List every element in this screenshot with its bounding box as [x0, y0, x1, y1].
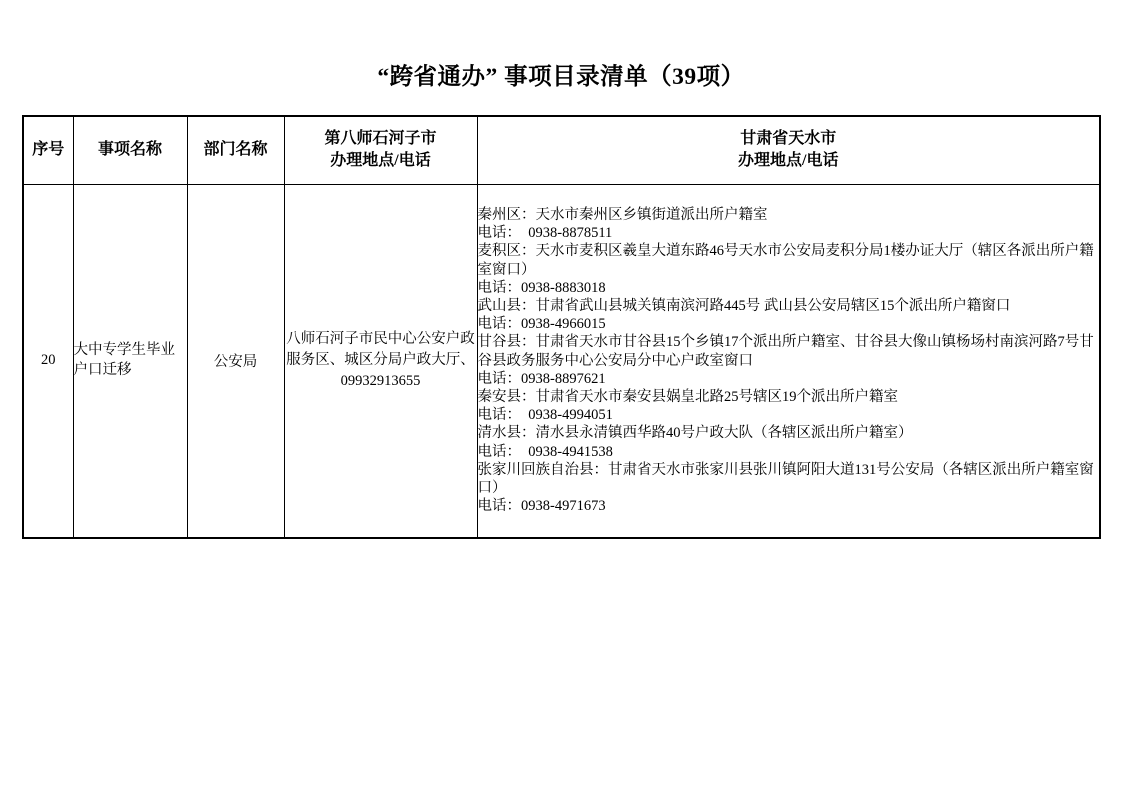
page-title: “跨省通办” 事项目录清单（39项）: [0, 57, 1122, 91]
phone-line: 电话： 0938-8878511: [478, 224, 1100, 242]
cell-department-name: 公安局: [187, 184, 284, 538]
phone-line: 电话： 0938-4994051: [478, 406, 1100, 424]
phone-line: 电话：0938-8883018: [478, 279, 1100, 297]
header-seq: 序号: [23, 116, 73, 184]
phone-line: 电话：0938-4971673: [478, 497, 1100, 515]
cell-sequence-number: 20: [23, 184, 73, 538]
header-tianshui-location: 甘肃省天水市 办理地点/电话: [477, 116, 1100, 184]
header-shihezi-line2: 办理地点/电话: [285, 150, 477, 172]
header-shihezi-line1: 第八师石河子市: [285, 128, 477, 150]
district-address-line: 张家川回族自治县：甘肃省天水市张家川县张川镇阿阳大道131号公安局（各辖区派出所…: [478, 461, 1100, 497]
district-address-line: 秦州区：天水市秦州区乡镇街道派出所户籍室: [478, 206, 1100, 224]
header-shihezi-location: 第八师石河子市 办理地点/电话: [284, 116, 477, 184]
table-row: 20 大中专学生毕业户口迁移 公安局 八师石河子市民中心公安户政服务区、城区分局…: [23, 184, 1100, 538]
cell-item-name: 大中专学生毕业户口迁移: [73, 184, 187, 538]
table-header-row: 序号 事项名称 部门名称 第八师石河子市 办理地点/电话 甘肃省天水市 办理地点…: [23, 116, 1100, 184]
district-address-line: 秦安县：甘肃省天水市秦安县娲皇北路25号辖区19个派出所户籍室: [478, 388, 1100, 406]
catalog-table: 序号 事项名称 部门名称 第八师石河子市 办理地点/电话 甘肃省天水市 办理地点…: [22, 115, 1101, 539]
phone-line: 电话：0938-4966015: [478, 315, 1100, 333]
header-tianshui-line1: 甘肃省天水市: [478, 128, 1100, 150]
district-address-line: 麦积区：天水市麦积区羲皇大道东路46号天水市公安局麦积分局1楼办证大厅（辖区各派…: [478, 242, 1100, 278]
district-address-line: 甘谷县：甘肃省天水市甘谷县15个乡镇17个派出所户籍室、甘谷县大像山镇杨场村南滨…: [478, 333, 1100, 369]
cell-tianshui-contact: 秦州区：天水市秦州区乡镇街道派出所户籍室 电话： 0938-8878511 麦积…: [477, 184, 1100, 538]
phone-line: 电话： 0938-4941538: [478, 443, 1100, 461]
header-tianshui-line2: 办理地点/电话: [478, 150, 1100, 172]
phone-line: 电话：0938-8897621: [478, 370, 1100, 388]
district-address-line: 武山县：甘肃省武山县城关镇南滨河路445号 武山县公安局辖区15个派出所户籍窗口: [478, 297, 1100, 315]
district-address-line: 清水县：清水县永清镇西华路40号户政大队（各辖区派出所户籍室）: [478, 424, 1100, 442]
header-dept-name: 部门名称: [187, 116, 284, 184]
document-page: “跨省通办” 事项目录清单（39项） 序号 事项名称 部门名称 第八师石河子市 …: [0, 0, 1122, 793]
cell-shihezi-contact: 八师石河子市民中心公安户政服务区、城区分局户政大厅、09932913655: [284, 184, 477, 538]
header-item-name: 事项名称: [73, 116, 187, 184]
